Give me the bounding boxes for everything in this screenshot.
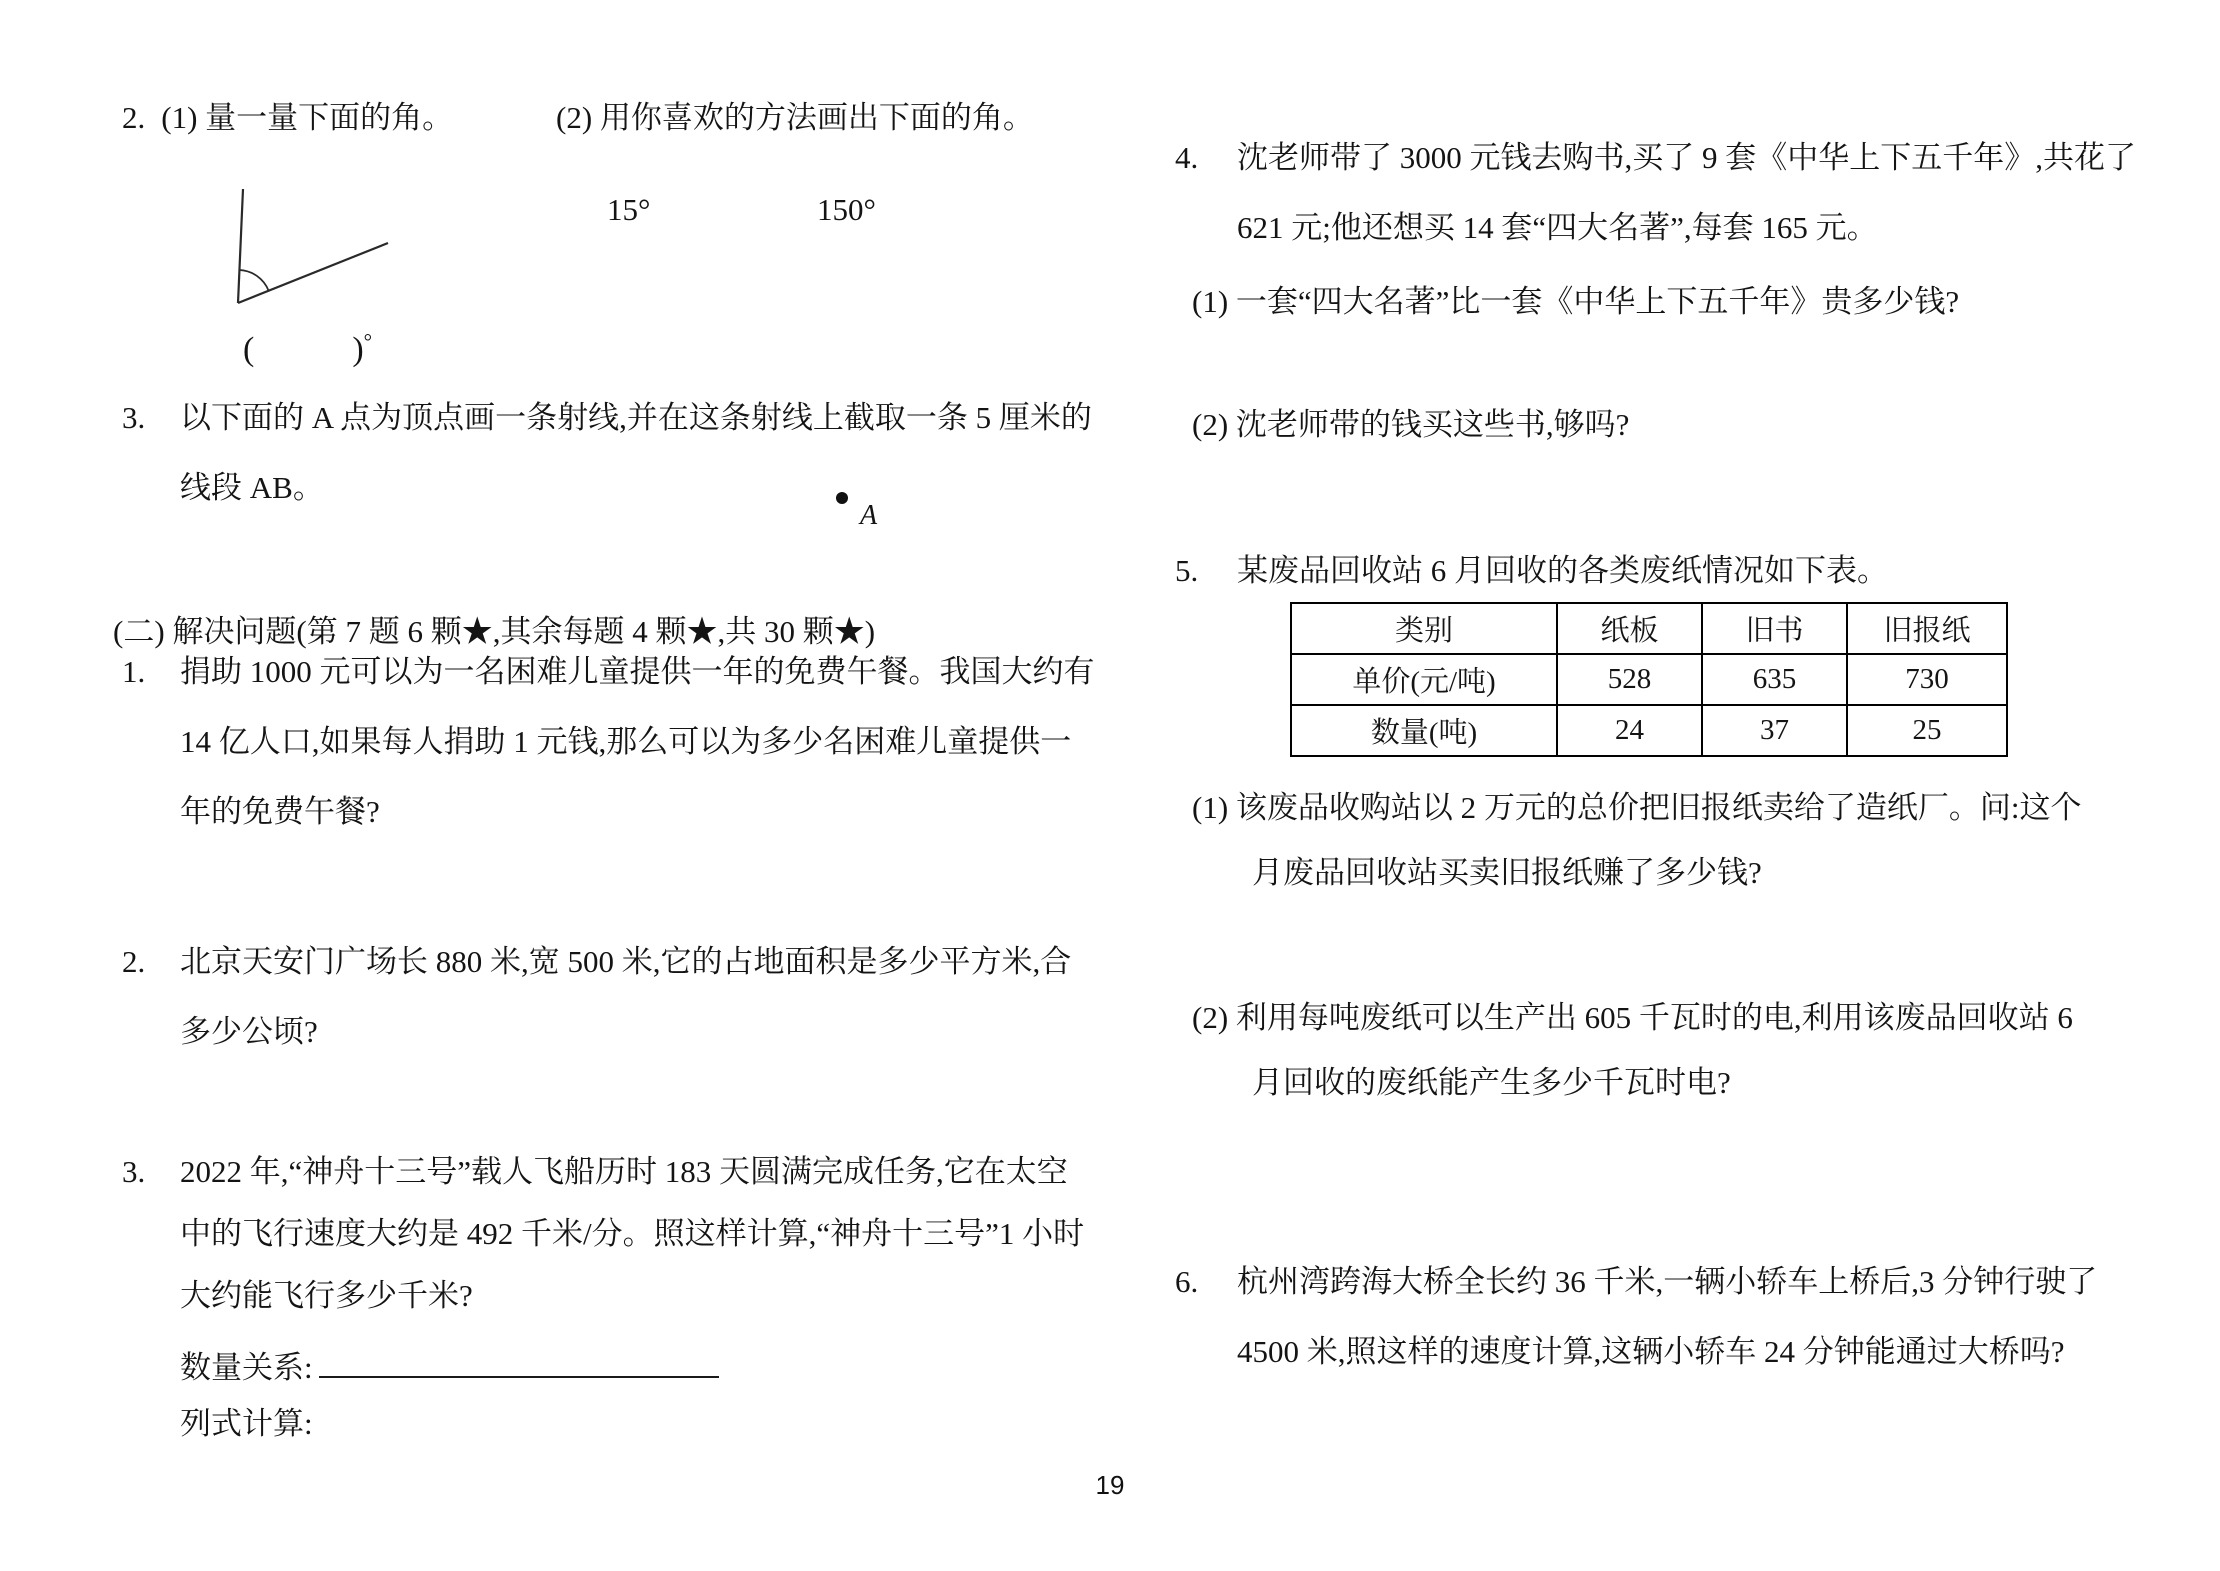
angle-arc (240, 270, 269, 291)
problem-5-sub1-line: (1) 该废品收购站以 2 万元的总价把旧报纸卖给了造纸厂。问:这个 (1192, 788, 2082, 828)
angle-150-label: 150° (817, 190, 876, 230)
table-cell: 单价(元/吨) (1291, 654, 1557, 705)
table-cell: 旧报纸 (1847, 603, 2007, 654)
table-cell: 37 (1702, 705, 1847, 756)
table-cell: 730 (1847, 654, 2007, 705)
calc-label: 列式计算: (180, 1404, 313, 1444)
problem-4-number: 4. (1175, 138, 1198, 178)
problem-6-line: 4500 米,照这样的速度计算,这辆小轿车 24 分钟能通过大桥吗? (1237, 1332, 2065, 1372)
worksheet-page: 2.(1) 量一量下面的角。 (2) 用你喜欢的方法画出下面的角。 15° 15… (0, 0, 2220, 1571)
table-cell: 旧书 (1702, 603, 1847, 654)
problem-2-line: 多少公顷? (180, 1012, 318, 1052)
angle-15-label: 15° (607, 190, 650, 230)
page-number: 19 (0, 1470, 2220, 1501)
problem-5-intro: 某废品回收站 6 月回收的各类废纸情况如下表。 (1237, 551, 1888, 591)
problem-3-line: 2022 年,“神舟十三号”载人飞船历时 183 天圆满完成任务,它在太空 (180, 1152, 1068, 1192)
problem-4-line: 沈老师带了 3000 元钱去购书,买了 9 套《中华上下五千年》,共花了 (1237, 138, 2136, 178)
table-cell: 25 (1847, 705, 2007, 756)
table-cell: 24 (1557, 705, 1702, 756)
problem-2-number: 2. (122, 942, 145, 982)
question-2-row: 2.(1) 量一量下面的角。 (2) 用你喜欢的方法画出下面的角。 (122, 98, 453, 138)
table-row: 单价(元/吨) 528 635 730 (1291, 654, 2007, 705)
problem-5-sub1-line: 月废品回收站买卖旧报纸赚了多少钱? (1252, 853, 1762, 893)
question-2-part2-label: (2) 用你喜欢的方法画出下面的角。 (556, 98, 1034, 138)
table-cell: 纸板 (1557, 603, 1702, 654)
problem-6-number: 6. (1175, 1262, 1198, 1302)
problem-1-line: 14 亿人口,如果每人捐助 1 元钱,那么可以为多少名困难儿童提供一 (180, 722, 1071, 762)
problem-4-line: 621 元;他还想买 14 套“四大名著”,每套 165 元。 (1237, 208, 1878, 248)
problem-6-line: 杭州湾跨海大桥全长约 36 千米,一辆小轿车上桥后,3 分钟行驶了 (1237, 1262, 2097, 1302)
problem-1-line: 捐助 1000 元可以为一名困难儿童提供一年的免费午餐。我国大约有 (180, 652, 1095, 692)
problem-3-number: 3. (122, 1152, 145, 1192)
recycling-table: 类别 纸板 旧书 旧报纸 单价(元/吨) 528 635 730 数量(吨) 2… (1290, 602, 2008, 757)
open-paren: ( (243, 331, 254, 368)
question-2-part1-label: (1) 量一量下面的角。 (161, 100, 453, 135)
question-3-line: 以下面的 A 点为顶点画一条射线,并在这条射线上截取一条 5 厘米的 (180, 398, 1092, 438)
problem-4-sub2-label: (2) 沈老师带的钱买这些书,够吗? (1192, 405, 1629, 445)
relation-blank-line (319, 1340, 719, 1378)
table-cell: 类别 (1291, 603, 1557, 654)
table-row: 数量(吨) 24 37 25 (1291, 705, 2007, 756)
angle-ray-slanted (238, 243, 388, 303)
question-3-number: 3. (122, 398, 145, 438)
question-3-line: 线段 AB。 (180, 468, 324, 508)
relation-row: 数量关系: (180, 1340, 719, 1388)
point-a-label: A (860, 496, 877, 536)
problem-3-line: 中的飞行速度大约是 492 千米/分。照这样计算,“神舟十三号”1 小时 (180, 1214, 1084, 1254)
problem-1-line: 年的免费午餐? (180, 792, 380, 832)
problem-1-number: 1. (122, 652, 145, 692)
table-cell: 635 (1702, 654, 1847, 705)
problem-5-sub2-line: (2) 利用每吨废纸可以生产出 605 千瓦时的电,利用该废品回收站 6 (1192, 998, 2073, 1038)
table-cell: 数量(吨) (1291, 705, 1557, 756)
problem-5-sub2-line: 月回收的废纸能产生多少千瓦时电? (1252, 1063, 1731, 1103)
angle-answer-blank: ()° (243, 330, 372, 373)
degree-sign: ° (364, 321, 372, 361)
problem-3-line: 大约能飞行多少千米? (180, 1276, 473, 1316)
table-cell: 528 (1557, 654, 1702, 705)
angle-figure (188, 183, 400, 311)
problem-5-number: 5. (1175, 551, 1198, 591)
problem-4-sub1-label: (1) 一套“四大名著”比一套《中华上下五千年》贵多少钱? (1192, 282, 1959, 322)
point-a-dot (836, 492, 848, 504)
problem-2-line: 北京天安门广场长 880 米,宽 500 米,它的占地面积是多少平方米,合 (180, 942, 1071, 982)
question-2-number: 2. (122, 98, 145, 138)
section-2-heading: (二) 解决问题(第 7 题 6 颗★,其余每题 4 颗★,共 30 颗★) (113, 612, 875, 652)
table-header-row: 类别 纸板 旧书 旧报纸 (1291, 603, 2007, 654)
angle-ray-vertical (238, 189, 243, 303)
relation-label: 数量关系: (180, 1350, 313, 1385)
close-paren: ) (352, 331, 363, 368)
